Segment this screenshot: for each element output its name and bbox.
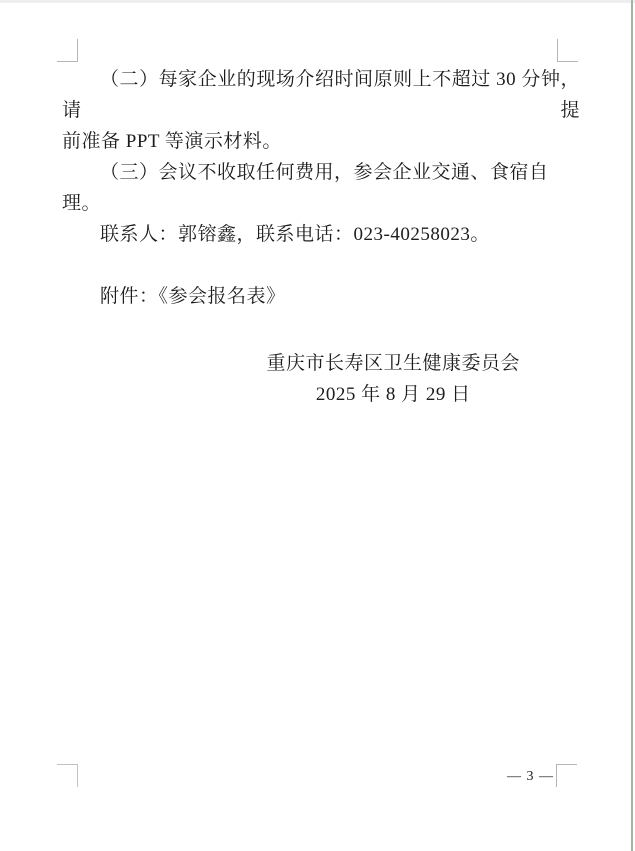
text-boundary-mark-bottom-left [57,764,78,787]
paragraph-item2-line1: （二）每家企业的现场介绍时间原则上不超过 30 分钟，请提 [62,64,580,126]
page-right-edge-line [631,0,633,851]
closing-block: 重庆市长寿区卫生健康委员会 2025 年 8 月 29 日 [266,348,520,410]
issue-date: 2025 年 8 月 29 日 [266,379,520,410]
blank-line [62,250,580,281]
document-body: （二）每家企业的现场介绍时间原则上不超过 30 分钟，请提 前准备 PPT 等演… [62,64,580,410]
document-page: （二）每家企业的现场介绍时间原则上不超过 30 分钟，请提 前准备 PPT 等演… [0,0,635,851]
text-boundary-mark-top-left [57,39,78,62]
issuer-signature: 重庆市长寿区卫生健康委员会 [266,348,520,379]
text-boundary-mark-bottom-right [556,764,577,787]
paragraph-attachment: 附件：《参会报名表》 [62,281,580,312]
page-number: — 3 — [507,769,553,784]
paragraph-contact: 联系人：郭镕鑫，联系电话：023-40258023。 [62,219,580,250]
paragraph-item2-line2: 前准备 PPT 等演示材料。 [62,126,580,157]
paragraph-item3: （三）会议不收取任何费用，参会企业交通、食宿自理。 [62,157,580,219]
text-boundary-mark-top-right [557,39,578,62]
page-top-edge [0,0,635,3]
